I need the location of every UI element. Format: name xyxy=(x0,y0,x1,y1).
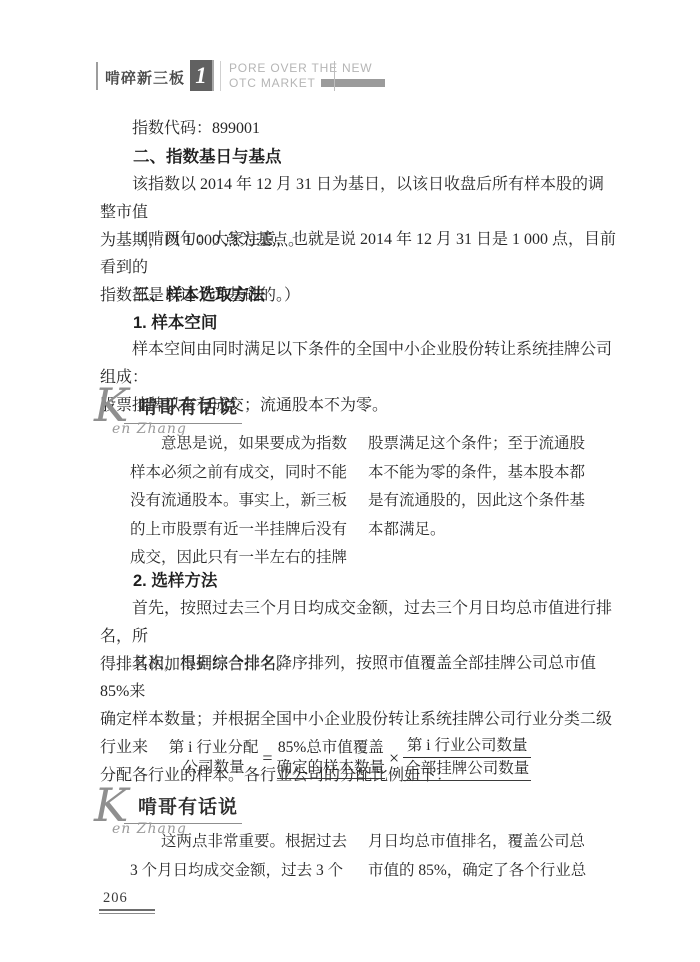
chapter-number-badge: 1 xyxy=(190,60,214,91)
index-code-line: 指数代码：899001 xyxy=(100,115,616,143)
formula-factor-line1: 85%总市值覆盖 xyxy=(277,738,386,758)
formula-factor: 85%总市值覆盖 确定的样本数量 xyxy=(277,738,386,779)
fraction-numerator: 第 i 行业公司数量 xyxy=(403,735,531,758)
head-left-rule xyxy=(96,62,98,90)
page-number-rule-bottom xyxy=(99,913,155,914)
subtitle-line2: OTC MARKET xyxy=(229,76,316,90)
times-sign: × xyxy=(385,748,403,768)
sub-heading-selection-method: 2. 选样方法 xyxy=(100,567,616,595)
head-accent-bar xyxy=(321,79,385,87)
callout2-left-column: 这两点非常重要。根据过去 3 个月日均成交金额，过去 3 个 xyxy=(130,828,370,885)
equals-sign: = xyxy=(258,748,276,768)
callout-title: 啃哥有话说 xyxy=(124,392,242,424)
page-number-rule-top xyxy=(99,909,155,911)
callout-title: 啃哥有话说 xyxy=(124,792,242,824)
formula-lhs-line1: 第 i 行业分配 xyxy=(169,738,259,758)
series-subtitle-en: PORE OVER THE NEW OTC MARKET xyxy=(229,61,385,91)
formula-factor-line2: 确定的样本数量 xyxy=(277,758,386,779)
formula-lhs: 第 i 行业分配 公司数量 xyxy=(169,738,259,778)
head-right-rule xyxy=(334,61,335,91)
heading-section-3: 三、样本选取方法 xyxy=(100,281,616,309)
page-number: 206 xyxy=(103,890,128,907)
formula-lhs-line2: 公司数量 xyxy=(169,758,259,778)
allocation-formula: 第 i 行业分配 公司数量 = 85%总市值覆盖 确定的样本数量 × 第 i 行… xyxy=(130,735,570,781)
subtitle-line1: PORE OVER THE NEW xyxy=(229,61,372,75)
formula-fraction: 第 i 行业公司数量 全部挂牌公司数量 xyxy=(403,735,531,781)
callout1-right-column: 股票满足这个条件；至于流通股 本不能为零的条件，基本股本都 是有流通股的，因此这… xyxy=(368,430,608,544)
callout1-left-column: 意思是说，如果要成为指数 样本必须之前有成交，同时不能 没有流通股本。事实上，新… xyxy=(130,430,370,573)
sub-heading-sample-space: 1. 样本空间 xyxy=(100,309,616,337)
series-title: 啃碎新三板 xyxy=(105,67,185,88)
fraction-denominator: 全部挂牌公司数量 xyxy=(403,758,531,781)
heading-section-2: 二、指数基日与基点 xyxy=(100,143,616,171)
callout2-right-column: 月日均总市值排名，覆盖公司总 市值的 85%，确定了各个行业总 xyxy=(368,828,608,885)
head-divider-rule xyxy=(220,61,221,91)
running-head: 啃碎新三板 1 PORE OVER THE NEW OTC MARKET xyxy=(96,58,346,94)
